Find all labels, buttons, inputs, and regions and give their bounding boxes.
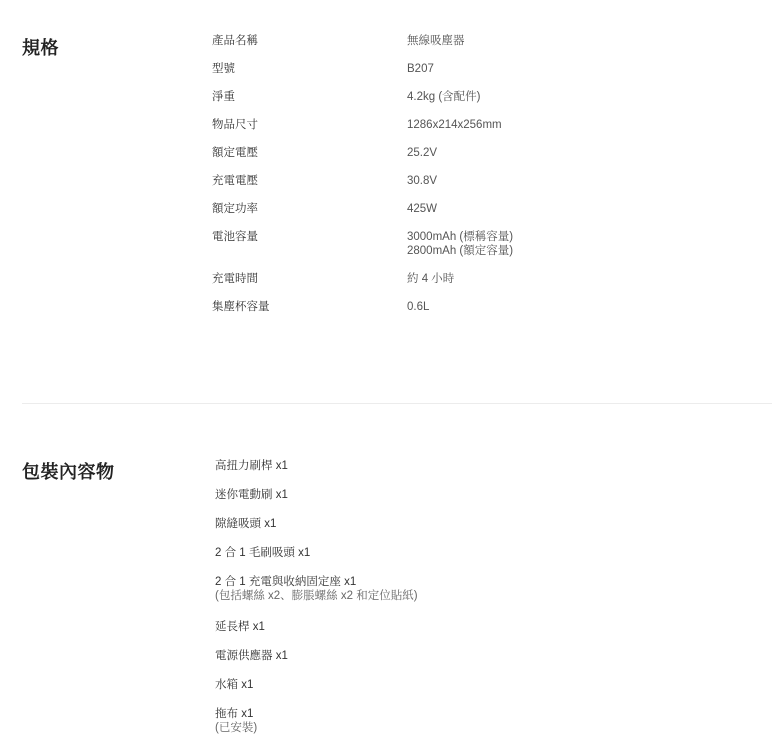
- package-item-name: 2 合 1 充電與收納固定座 x1: [215, 576, 356, 588]
- spec-row-rated-voltage: 額定電壓 25.2V: [212, 146, 752, 174]
- package-item-note: (已安裝): [215, 721, 735, 735]
- package-item-note: (包括螺絲 x2、膨脹螺絲 x2 和定位貼紙): [215, 589, 735, 603]
- specs-section-title: 規格: [22, 34, 59, 60]
- spec-value: 約 4 小時: [407, 272, 454, 300]
- spec-value: 30.8V: [407, 174, 437, 202]
- package-item-name: 電源供應器 x1: [215, 650, 288, 662]
- package-item: 2 合 1 充電與收納固定座 x1 (包括螺絲 x2、膨脹螺絲 x2 和定位貼紙…: [215, 575, 735, 620]
- package-item: 2 合 1 毛刷吸頭 x1: [215, 546, 735, 575]
- spec-label: 物品尺寸: [212, 118, 407, 146]
- spec-label: 充電電壓: [212, 174, 407, 202]
- spec-row-battery-capacity: 電池容量 3000mAh (標稱容量) 2800mAh (額定容量): [212, 230, 752, 272]
- spec-label: 充電時間: [212, 272, 407, 300]
- spec-label: 額定電壓: [212, 146, 407, 174]
- package-item: 延長桿 x1: [215, 620, 735, 649]
- spec-row-charging-time: 充電時間 約 4 小時: [212, 272, 752, 300]
- section-divider: [22, 403, 772, 404]
- spec-row-model: 型號 B207: [212, 62, 752, 90]
- spec-row-charging-voltage: 充電電壓 30.8V: [212, 174, 752, 202]
- spec-row-product-name: 產品名稱 無線吸塵器: [212, 34, 752, 62]
- specs-table: 產品名稱 無線吸塵器 型號 B207 淨重 4.2kg (含配件) 物品尺寸 1…: [212, 34, 752, 328]
- product-spec-page: 規格 產品名稱 無線吸塵器 型號 B207 淨重 4.2kg (含配件) 物品尺…: [0, 0, 772, 752]
- spec-value: 3000mAh (標稱容量) 2800mAh (額定容量): [407, 230, 513, 272]
- spec-value: 1286x214x256mm: [407, 118, 502, 146]
- package-item: 迷你電動刷 x1: [215, 488, 735, 517]
- package-item-name: 2 合 1 毛刷吸頭 x1: [215, 547, 310, 559]
- spec-row-dimensions: 物品尺寸 1286x214x256mm: [212, 118, 752, 146]
- package-item-name: 拖布 x1: [215, 708, 253, 720]
- package-item: 拖布 x1 (已安裝): [215, 707, 735, 736]
- spec-row-rated-power: 額定功率 425W: [212, 202, 752, 230]
- spec-label: 電池容量: [212, 230, 407, 272]
- spec-label: 集塵杯容量: [212, 300, 407, 328]
- package-item-name: 水箱 x1: [215, 679, 253, 691]
- package-contents-list: 高扭力刷桿 x1 迷你電動刷 x1 隙縫吸頭 x1 2 合 1 毛刷吸頭 x1 …: [215, 459, 735, 736]
- spec-value: 0.6L: [407, 300, 429, 328]
- spec-label: 型號: [212, 62, 407, 90]
- package-item: 水箱 x1: [215, 678, 735, 707]
- spec-value: B207: [407, 62, 434, 90]
- spec-value: 無線吸塵器: [407, 34, 465, 62]
- spec-label: 額定功率: [212, 202, 407, 230]
- spec-label: 產品名稱: [212, 34, 407, 62]
- spec-row-dust-cup-capacity: 集塵杯容量 0.6L: [212, 300, 752, 328]
- package-item: 電源供應器 x1: [215, 649, 735, 678]
- spec-value: 25.2V: [407, 146, 437, 174]
- package-item: 隙縫吸頭 x1: [215, 517, 735, 546]
- package-item-name: 高扭力刷桿 x1: [215, 460, 288, 472]
- package-item-name: 延長桿 x1: [215, 621, 265, 633]
- package-item: 高扭力刷桿 x1: [215, 459, 735, 488]
- spec-value: 4.2kg (含配件): [407, 90, 481, 118]
- package-item-name: 迷你電動刷 x1: [215, 489, 288, 501]
- package-item-name: 隙縫吸頭 x1: [215, 518, 276, 530]
- spec-row-net-weight: 淨重 4.2kg (含配件): [212, 90, 752, 118]
- package-section-title: 包裝內容物: [22, 458, 115, 484]
- spec-value: 425W: [407, 202, 437, 230]
- spec-label: 淨重: [212, 90, 407, 118]
